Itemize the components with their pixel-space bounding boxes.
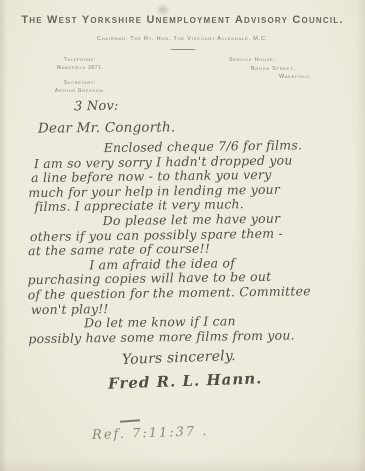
pencil-dash-mark [120, 419, 140, 422]
letterhead-divider-rule [171, 49, 195, 50]
telephone-label: Telephone: [30, 56, 130, 64]
telephone-value: Wakefield 3871. [30, 64, 130, 72]
letterhead-chairman-line: Chairman: The Rt. Hon. The Viscount Alle… [0, 36, 365, 42]
letter-date: 3 Nov: [74, 99, 119, 115]
secretary-label: Secretary: [30, 79, 130, 87]
letterhead-title: The West Yorkshire Unemployment Advisory… [0, 14, 365, 26]
letter-signoff: Yours sincerely. [122, 348, 236, 368]
letter-signature: Fred R. L. Hann. [108, 369, 263, 392]
letterhead-contact-block: Telephone: Wakefield 3871. Secretary: Ar… [30, 56, 130, 102]
paper-smudge [158, 6, 168, 14]
letter-body: Enclosed cheque 7/6 for films. I am so v… [26, 138, 345, 347]
body-line: possibly have some more films from you. [28, 328, 344, 347]
reference-note: Ref. 7:11:37 . [92, 424, 209, 443]
letter-page: The West Yorkshire Unemployment Advisory… [0, 0, 365, 471]
address-line: Brook Street, [223, 65, 343, 74]
letter-salutation: Dear Mr. Congorth. [38, 119, 176, 136]
letterhead-address-block: Service House, Brook Street, Wakefield. [223, 56, 343, 82]
secretary-value: Arthur Gregson. [30, 87, 130, 95]
address-line: Wakefield. [223, 73, 343, 82]
address-line: Service House, [223, 56, 343, 65]
